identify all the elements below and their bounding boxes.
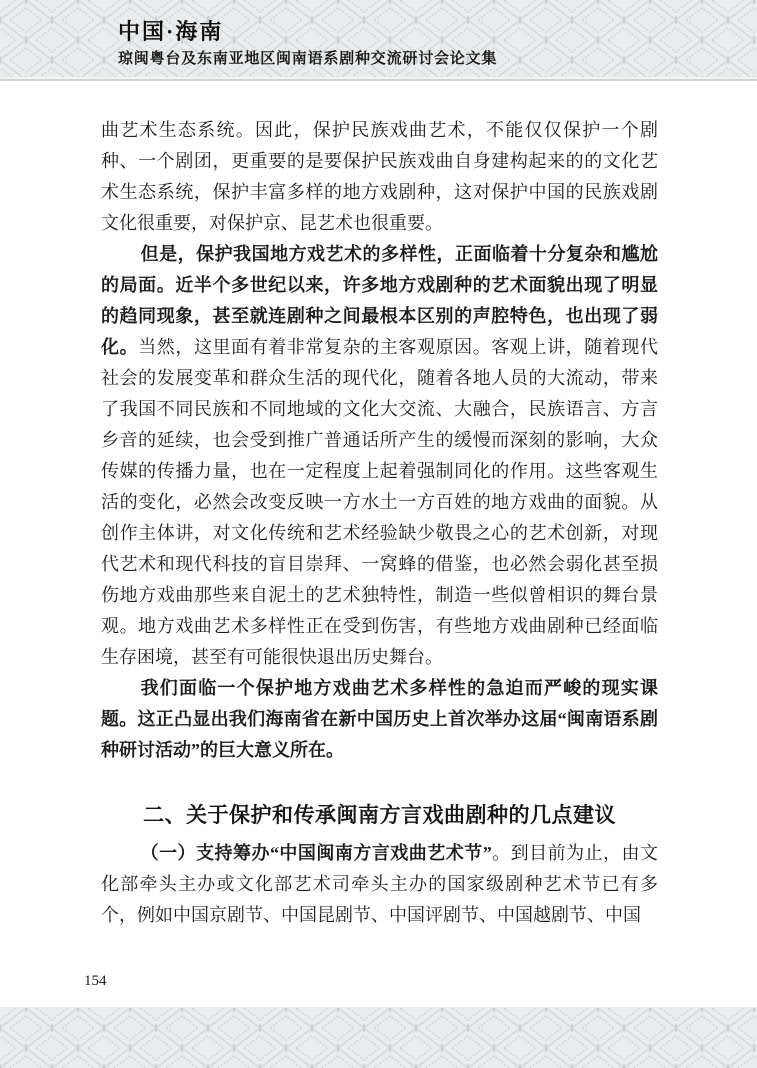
section-heading: 二、关于保护和传承闽南方言戏曲剧种的几点建议 bbox=[101, 799, 658, 833]
header-collection-title: 琼闽粤台及东南亚地区闽南语系剧种交流研讨会论文集 bbox=[118, 51, 497, 67]
page-header: 中国·海南 琼闽粤台及东南亚地区闽南语系剧种交流研讨会论文集 bbox=[118, 0, 497, 67]
paragraph-4: （一）支持筹办“中国闽南方言戏曲艺术节”。到目前为止，由文化部牵头主办或文化部艺… bbox=[101, 838, 658, 931]
paragraph-bold-run: （一）支持筹办“中国闽南方言戏曲艺术节” bbox=[141, 843, 492, 863]
band-separator-line bbox=[0, 79, 757, 81]
footer-band bbox=[0, 1007, 757, 1068]
paragraph-text: 曲艺术生态系统。因此，保护民族戏曲艺术，不能仅仅保护一个剧种、一个剧团，更重要的… bbox=[101, 120, 658, 233]
paragraph-3: 我们面临一个保护地方戏曲艺术多样性的急迫而严峻的现实课题。这正凸显出我们海南省在… bbox=[101, 673, 658, 766]
header-region-title: 中国·海南 bbox=[118, 21, 497, 43]
article-body: 曲艺术生态系统。因此，保护民族戏曲艺术，不能仅仅保护一个剧种、一个剧团，更重要的… bbox=[101, 115, 658, 931]
paragraph-continuation: 曲艺术生态系统。因此，保护民族戏曲艺术，不能仅仅保护一个剧种、一个剧团，更重要的… bbox=[101, 115, 658, 239]
lattice-pattern-bottom bbox=[0, 1008, 757, 1068]
paragraph-2: 但是，保护我国地方戏艺术的多样性，正面临着十分复杂和尴尬的局面。近半个多世纪以来… bbox=[101, 239, 658, 673]
page-number: 154 bbox=[84, 973, 107, 989]
paragraph-bold-run: 我们面临一个保护地方戏曲艺术多样性的急迫而严峻的现实课题。这正凸显出我们海南省在… bbox=[101, 678, 658, 760]
paragraph-regular-run: 当然，这里面有着非常复杂的主客观原因。客观上讲，随着现代社会的发展变革和群众生活… bbox=[101, 337, 658, 667]
scanned-page: 中国·海南 琼闽粤台及东南亚地区闽南语系剧种交流研讨会论文集 曲艺术生态系统。因… bbox=[0, 0, 757, 1068]
